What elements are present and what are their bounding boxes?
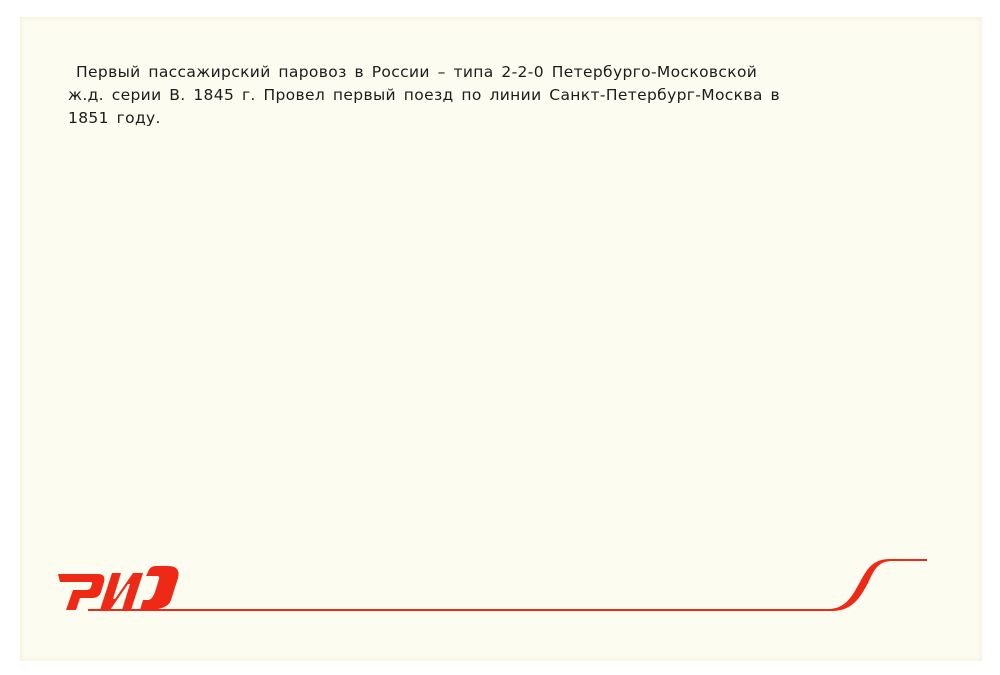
caption-line: ж.д. серии В. 1845 г. Провел первый поез… <box>68 84 948 107</box>
caption-line: 1851 году. <box>68 107 948 130</box>
caption-line: Первый пассажирский паровоз в России – т… <box>68 61 948 84</box>
caption-text: Первый пассажирский паровоз в России – т… <box>68 61 948 130</box>
